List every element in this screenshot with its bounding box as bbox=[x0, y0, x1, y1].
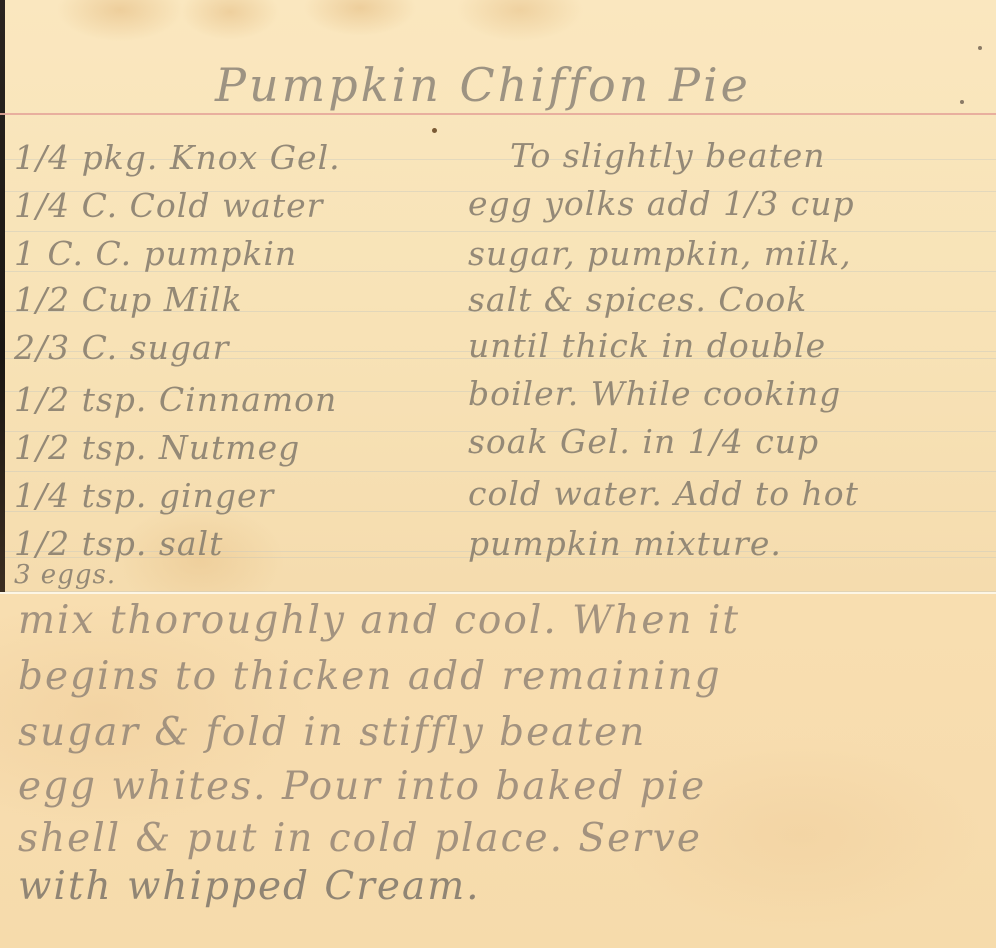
method-line: salt & spices. Cook bbox=[468, 280, 807, 319]
ingredient-item: 3 eggs. bbox=[14, 560, 116, 590]
method-line: mix thoroughly and cool. When it bbox=[18, 598, 740, 643]
scan-edge-shadow bbox=[0, 0, 5, 592]
ingredient-item: 1/2 tsp. Cinnamon bbox=[14, 380, 337, 419]
method-line: cold water. Add to hot bbox=[468, 474, 859, 513]
recipe-title: Pumpkin Chiffon Pie bbox=[215, 58, 751, 112]
method-line: To slightly beaten bbox=[510, 136, 826, 175]
recipe-card-back: mix thoroughly and cool. When it begins … bbox=[0, 594, 996, 948]
ingredient-item: 1/2 Cup Milk bbox=[14, 280, 243, 319]
ingredient-item: 1/4 pkg. Knox Gel. bbox=[14, 138, 341, 177]
ink-speck bbox=[432, 128, 437, 133]
method-line: shell & put in cold place. Serve bbox=[18, 816, 702, 861]
method-line: egg yolks add 1/3 cup bbox=[468, 184, 855, 223]
ingredient-item: 1/2 tsp. Nutmeg bbox=[14, 428, 300, 467]
method-line: egg whites. Pour into baked pie bbox=[18, 764, 706, 809]
method-line: soak Gel. in 1/4 cup bbox=[468, 422, 819, 461]
recipe-card-front: Pumpkin Chiffon Pie 1/4 pkg. Knox Gel. 1… bbox=[0, 0, 996, 592]
method-line: until thick in double bbox=[468, 326, 826, 365]
ink-speck bbox=[978, 46, 982, 50]
method-line: with whipped Cream. bbox=[18, 864, 481, 909]
ink-speck bbox=[960, 100, 964, 104]
ingredient-item: 2/3 C. sugar bbox=[14, 328, 229, 367]
method-line: begins to thicken add remaining bbox=[18, 654, 722, 699]
ingredient-item: 1/4 tsp. ginger bbox=[14, 476, 274, 515]
header-margin-rule bbox=[0, 113, 996, 115]
ingredient-item: 1 C. C. pumpkin bbox=[14, 234, 297, 273]
recipe-card-scan: Pumpkin Chiffon Pie 1/4 pkg. Knox Gel. 1… bbox=[0, 0, 996, 948]
method-line: pumpkin mixture. bbox=[468, 524, 782, 563]
method-line: sugar, pumpkin, milk, bbox=[468, 234, 852, 273]
method-line: sugar & fold in stiffly beaten bbox=[18, 710, 646, 755]
method-line: boiler. While cooking bbox=[468, 374, 841, 413]
ingredient-item: 1/4 C. Cold water bbox=[14, 186, 323, 225]
ingredient-item: 1/2 tsp. salt bbox=[14, 524, 223, 563]
